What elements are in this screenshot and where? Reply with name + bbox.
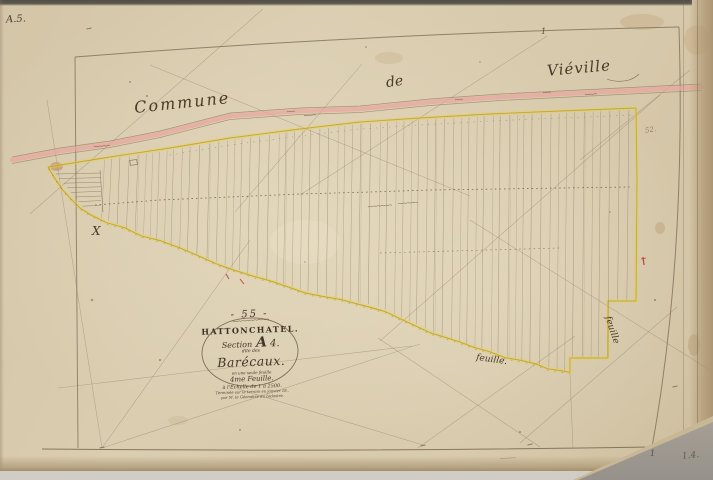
adjacent-sheet-ref-right: feuille (602, 315, 620, 345)
border-tick-top: 1 (541, 27, 546, 36)
sheet-corner-reference: A.5. (6, 13, 27, 25)
section-sheet-number: 4. (270, 338, 280, 349)
boundary-mark-x: X (92, 224, 101, 238)
labels-layer: A.5. Commune de Viéville 1 1 1.4. 52. X … (0, 0, 713, 480)
sheet-corner-reference-br: 1.4. (682, 450, 700, 462)
neighbor-commune-name: Viéville (546, 56, 611, 80)
title-cartouche: - 55 - HATTONCHATEL. SectionA4. dite des… (190, 307, 311, 401)
adjacent-sheet-ref-bottom: feuille. (475, 353, 507, 367)
pencil-annotation: 52. (644, 125, 656, 135)
border-tick-bottom: 1 (650, 449, 655, 458)
neighbor-commune-word: Commune (133, 88, 231, 117)
plate-number: - 55 - (190, 307, 308, 322)
neighbor-commune-de: de (385, 73, 404, 91)
cadastral-map-sheet: A.5. Commune de Viéville 1 1 1.4. 52. X … (0, 0, 713, 480)
